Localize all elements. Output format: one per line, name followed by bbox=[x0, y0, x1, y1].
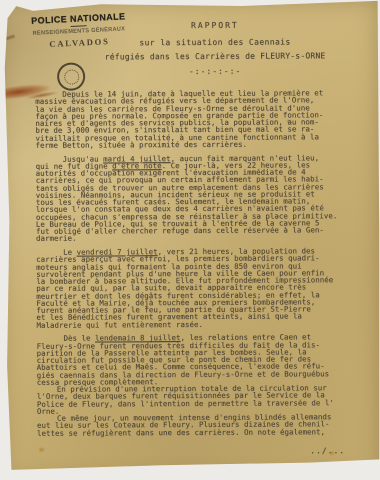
text-line: lettes se réfugièrent dans une des carri… bbox=[37, 428, 355, 437]
report-subtitle-1: sur la situation des Caennais bbox=[87, 37, 343, 52]
document-page: POLICE NATIONALE RENSEIGNEMENTS GÉNÉRAUX… bbox=[0, 0, 380, 480]
paragraph: Dès le lendemain 8 juillet, les relation… bbox=[36, 333, 354, 385]
age-spot bbox=[39, 448, 44, 452]
round-archive-stamp-icon bbox=[54, 60, 88, 94]
paper-crease bbox=[0, 35, 15, 43]
round-stamp-center bbox=[62, 67, 80, 85]
stamp-divider bbox=[71, 25, 87, 27]
report-title-block: RAPPORT sur la situation des Caennais ré… bbox=[87, 20, 343, 79]
text-line: fut obligé d'aller chercher refuge dans … bbox=[36, 226, 354, 235]
paragraph: Jusqu'au mardi 4 juillet, aucun fait mar… bbox=[36, 154, 354, 243]
continuation-mark: ../... bbox=[310, 446, 345, 455]
paragraph: Ce même jour, un mouvement intense d'eng… bbox=[37, 413, 355, 436]
text-line: Maladrerie qui fut entièrement rasée. bbox=[36, 320, 354, 329]
title-separator: -:-:-:-:- bbox=[87, 66, 343, 79]
paragraph: Depuis le 14 juin, date à laquelle eut l… bbox=[35, 89, 353, 149]
text-line: Police de Fleury, dans l'intention de pe… bbox=[37, 399, 355, 408]
report-subtitle-2: réfugiés dans les Carrières de FLEURY-s-… bbox=[87, 51, 343, 67]
paragraph: En prévision d'une interruption totale d… bbox=[37, 384, 355, 415]
report-title: RAPPORT bbox=[87, 20, 343, 38]
paragraph: Le vendredi 7 juillet, vers 21 heures, l… bbox=[36, 247, 354, 328]
body-text: Depuis le 14 juin, date à laquelle eut l… bbox=[35, 89, 355, 436]
